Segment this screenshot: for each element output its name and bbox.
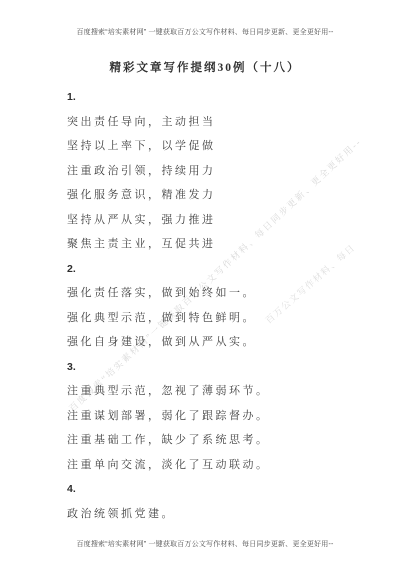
outline-line: 强化典型示范，做到特色鲜明。 <box>67 306 390 331</box>
section-number: 1. <box>67 85 390 110</box>
outline-line: 强化服务意识，精准发力 <box>67 183 390 208</box>
section-number: 2. <box>67 257 390 282</box>
outline-line: 注重基础工作，缺少了系统思考。 <box>67 428 390 453</box>
section-number: 4. <box>67 477 390 502</box>
outline-line: 坚持从严从实，强力推进 <box>67 208 390 233</box>
page-header-watermark: 百度搜索“培实素材网” 一键获取百万公文写作材料、每日同步更新、更全更好用-- <box>0 27 410 37</box>
outline-line: 坚持以上率下，以学促做 <box>67 134 390 159</box>
outline-content: 1. 突出责任导向，主动担当 坚持以上率下，以学促做 注重政治引领，持续用力 强… <box>67 85 390 526</box>
section-number: 3. <box>67 355 390 380</box>
outline-line: 强化自身建设，做到从严从实。 <box>67 330 390 355</box>
outline-line: 注重谋划部署，弱化了跟踪督办。 <box>67 404 390 429</box>
outline-line: 注重单向交流，淡化了互动联动。 <box>67 453 390 478</box>
outline-line: 政治统领抓党建。 <box>67 502 390 527</box>
page-footer-watermark: 百度搜索“培实素材网” 一键获取百万公文写作材料、每日同步更新、更全更好用-- <box>0 539 410 549</box>
outline-line: 注重政治引领，持续用力 <box>67 159 390 184</box>
page-title: 精彩文章写作提纲30例（十八） <box>0 59 410 75</box>
outline-line: 注重典型示范，忽视了薄弱环节。 <box>67 379 390 404</box>
document-page: 百度搜索“培实素材网”一键获取百万公文写作材料、每日同步更新、更全更好用-- 百… <box>0 0 410 580</box>
outline-line: 突出责任导向，主动担当 <box>67 110 390 135</box>
outline-line: 强化责任落实，做到始终如一。 <box>67 281 390 306</box>
outline-line: 聚焦主责主业，互促共进 <box>67 232 390 257</box>
